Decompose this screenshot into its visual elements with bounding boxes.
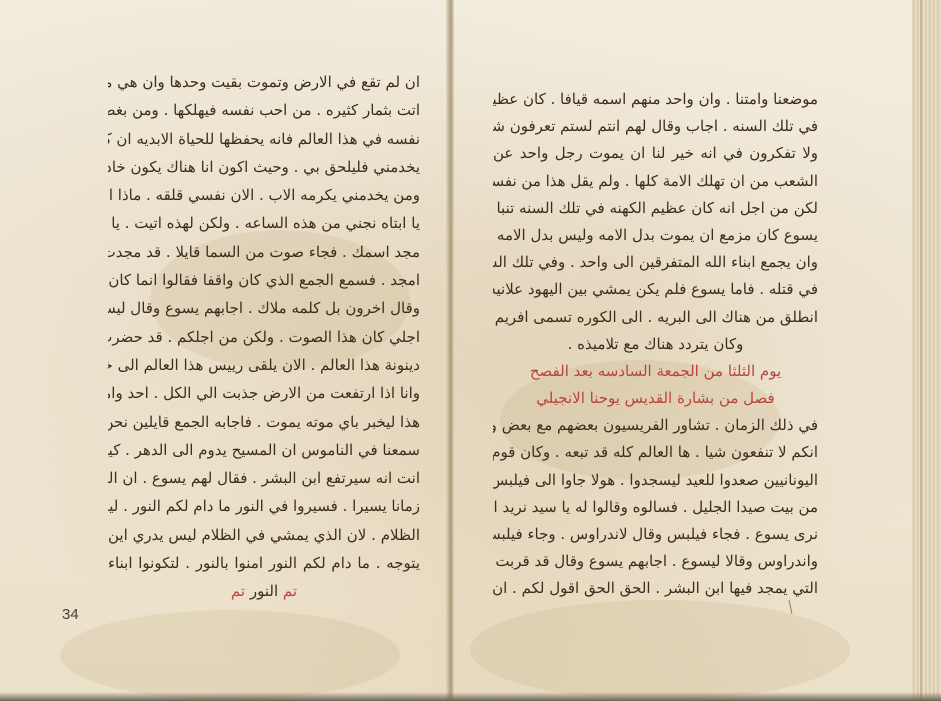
text-line: يخدمني فليلحق بي . وحيث اكون انا هناك يك…	[108, 153, 420, 181]
text-line: ومن يخدمني يكرمه الاب . الان نفسي قلقه .…	[108, 181, 420, 209]
text-line: وانا اذا ارتفعت من الارض جذبت الي الكل .…	[108, 379, 420, 407]
text-line: وكان يتردد هناك مع تلاميذه .	[493, 331, 818, 358]
bottom-shadow	[0, 692, 941, 701]
text-line: يا ابتاه نجني من هذه الساعه . ولكن لهذه …	[108, 209, 420, 237]
text-line: اتت بثمار كثيره . من احب نفسه فيهلكها . …	[108, 96, 420, 124]
text-line: سمعنا في الناموس ان المسيح يدوم الى الده…	[108, 436, 420, 464]
text-line: يتوجه . ما دام لكم النور امنوا بالنور . …	[108, 549, 420, 577]
text-line: مجد اسمك . فجاء صوت من السما قايلا . قد …	[108, 238, 420, 266]
end-mark: تم	[231, 582, 245, 600]
text-line: نرى يسوع . فجاء فيلبس وقال لاندراوس . وج…	[493, 521, 818, 548]
text-line: امجد . فسمع الجمع الذي كان واقفا فقالوا …	[108, 266, 420, 294]
closing-word: النور	[250, 582, 278, 600]
text-line: في قتله . فاما يسوع فلم يكن يمشي بين الي…	[493, 276, 818, 303]
text-line: التي يمجد فيها ابن البشر . الحق الحق اقو…	[493, 575, 818, 602]
text-line: في تلك السنه . اجاب وقال لهم انتم لستم ت…	[493, 113, 818, 140]
manuscript-spread: ان لم تقع في الارض وتموت بقيت وحدها وان …	[0, 0, 941, 701]
text-line: ولا تفكرون في انه خير لنا ان يموت رجل وا…	[493, 140, 818, 167]
closing-line: تم النور تم	[108, 577, 420, 605]
text-line: هذا ليخبر باي موته يموت . فاجابه الجمع ق…	[108, 408, 420, 436]
text-line: الشعب من ان تهلك الامة كلها . ولم يقل هذ…	[493, 168, 818, 195]
text-line: من بيت صيدا الجليل . فسالوه وقالوا له يا…	[493, 494, 818, 521]
text-line: وقال اخرون بل كلمه ملاك . اجابهم يسوع وق…	[108, 294, 420, 322]
text-line: انطلق من هناك الى البريه . الى الكوره تس…	[493, 304, 818, 331]
text-line: ان لم تقع في الارض وتموت بقيت وحدها وان …	[108, 68, 420, 96]
text-line: موضعنا وامتنا . وان واحد منهم اسمه قيافا…	[493, 86, 818, 113]
page-edges	[912, 0, 941, 701]
folio-number: 34	[62, 606, 79, 623]
left-page-text: ان لم تقع في الارض وتموت بقيت وحدها وان …	[108, 68, 420, 606]
right-page-text: موضعنا وامتنا . وان واحد منهم اسمه قيافا…	[493, 86, 818, 603]
text-line: الظلام . لان الذي يمشي في الظلام ليس يدر…	[108, 521, 420, 549]
left-page: ان لم تقع في الارض وتموت بقيت وحدها وان …	[0, 0, 448, 701]
rubric-heading: فصل من بشارة القديس يوحنا الانجيلي	[493, 385, 818, 412]
text-line: انكم لا تنفعون شيا . ها العالم كله قد تب…	[493, 439, 818, 466]
text-line: وان يجمع ابناء الله المتفرقين الى واحد .…	[493, 249, 818, 276]
text-line: واندراوس وقالا ليسوع . اجابهم يسوع وقال …	[493, 548, 818, 575]
end-mark: تم	[283, 582, 297, 600]
text-line: نفسه في هذا العالم فانه يحفظها للحياة ال…	[108, 125, 420, 153]
text-line: في ذلك الزمان . تشاور الفريسيون بعضهم مع…	[493, 412, 818, 439]
text-line: انت انه سيرتفع ابن البشر . فقال لهم يسوع…	[108, 464, 420, 492]
text-line: دينونة هذا العالم . الان يلقى رييس هذا ا…	[108, 351, 420, 379]
text-line: اجلي كان هذا الصوت . ولكن من اجلكم . قد …	[108, 323, 420, 351]
text-line: زمانا يسيرا . فسيروا في النور ما دام لكم…	[108, 492, 420, 520]
text-line: يسوع كان مزمع ان يموت بدل الامه وليس بدل…	[493, 222, 818, 249]
text-line: لكن من اجل انه كان عظيم الكهنه في تلك ال…	[493, 195, 818, 222]
text-line: اليونانيين صعدوا للعيد ليسجدوا . هولا جا…	[493, 467, 818, 494]
page-edge-line	[920, 0, 922, 701]
rubric-heading: يوم الثلثا من الجمعة السادسه بعد الفصح	[493, 358, 818, 385]
